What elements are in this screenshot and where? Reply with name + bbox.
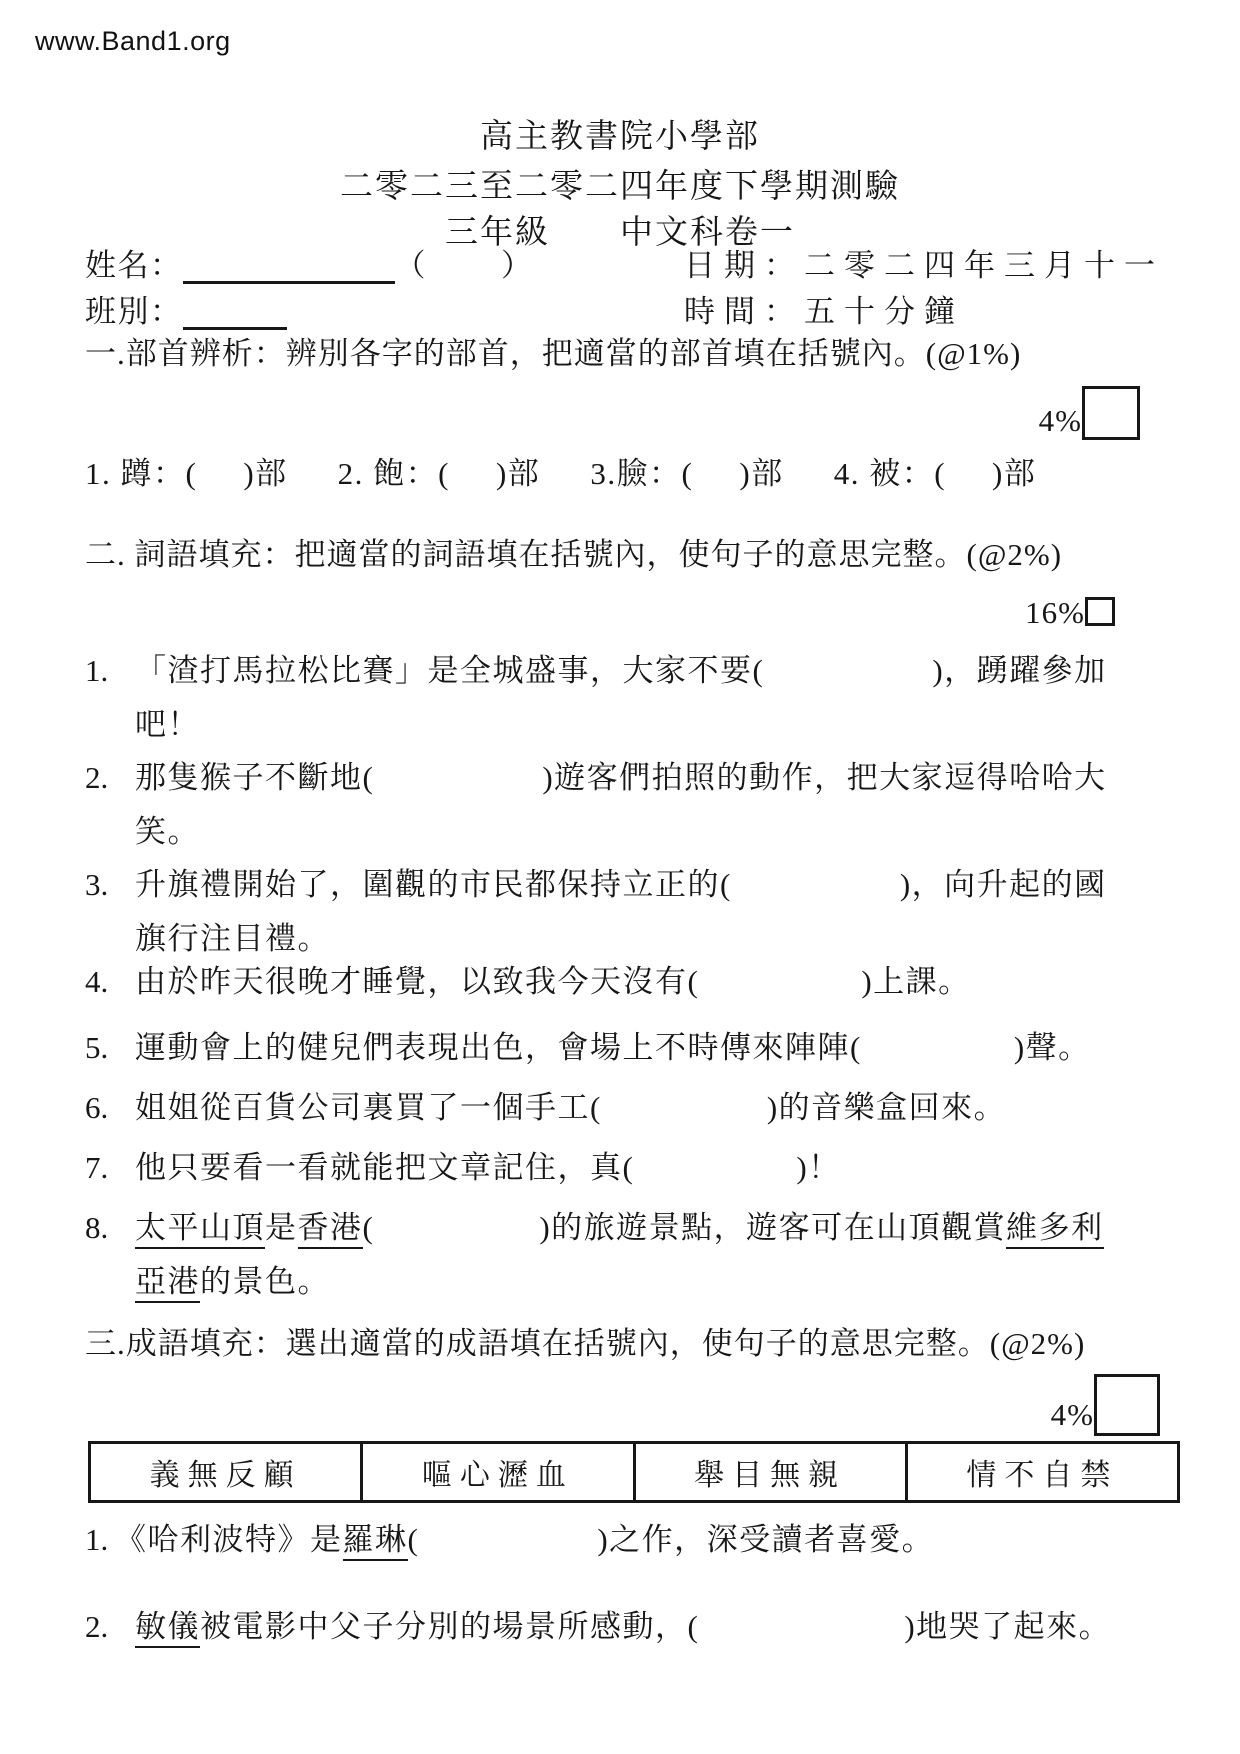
question-body: 「渣打馬拉松比賽」是全城盛事，大家不要()，踴躍參加 吧！ [135, 644, 1200, 752]
question-number: 2. [85, 1600, 135, 1654]
question-row: 6. 姐姐從百貨公司裏買了一個手工()的音樂盒回來。 [85, 1081, 1200, 1135]
question-line: 由於昨天很晚才睡覺，以致我今天沒有()上課。 [135, 955, 1200, 1009]
answer-gap [540, 482, 590, 484]
section1-score-box [1082, 386, 1140, 440]
text-segment: )，向升起的國 [900, 867, 1107, 902]
question-line: 「渣打馬拉松比賽」是全城盛事，大家不要()，踴躍參加 [135, 644, 1200, 698]
question-line: 姐姐從百貨公司裏買了一個手工()的音樂盒回來。 [135, 1081, 1200, 1135]
text-segment: 班別： [85, 294, 183, 329]
term-title: 二零二三至二零二四年度下學期測驗 [0, 168, 1240, 206]
text-segment: 4. 被：( [834, 456, 946, 491]
question-number: 8. [85, 1201, 135, 1309]
question-row: 1. 《哈利波特》是羅琳()之作，深受讀者喜愛。 [85, 1513, 1200, 1567]
text-segment: )的音樂盒回來。 [767, 1090, 1006, 1125]
text-segment: ( [363, 1210, 375, 1245]
text-segment: 3.臉：( [590, 456, 693, 491]
answer-gap [450, 482, 496, 484]
fill-blank-line [183, 297, 287, 330]
question-body: 運動會上的健兒們表現出色，會場上不時傳來陣陣()聲。 [135, 1021, 1200, 1075]
watermark-url: www.Band1.org [35, 26, 231, 57]
text-segment: 的景色。 [200, 1264, 330, 1299]
text-segment: )之作，深受讀者喜愛。 [597, 1522, 934, 1557]
section2-title: 二. 詞語填充：把適當的詞語填在括號內，使句子的意思完整。(@2%) [85, 535, 1062, 575]
question-line: 升旗禮開始了，圍觀的市民都保持立正的()，向升起的國 [135, 858, 1200, 912]
text-segment: 吧！ [135, 707, 200, 742]
test-paper-page: www.Band1.org 高主教書院小學部 二零二三至二零二四年度下學期測驗 … [0, 0, 1240, 1754]
question-body: 他只要看一看就能把文章記住，真()！ [135, 1141, 1200, 1195]
question-number: 1. [85, 1513, 115, 1567]
text-segment: )的旅遊景點，遊客可在山頂觀賞 [539, 1210, 1006, 1245]
underlined-text: 亞港 [135, 1264, 200, 1303]
section1-title: 一.部首辨析：辨別各字的部首，把適當的部首填在括號內。(@1%) [85, 334, 1021, 374]
question-line: 那隻猴子不斷地()遊客們拍照的動作，把大家逗得哈哈大 [135, 751, 1200, 805]
text-segment: )上課。 [861, 964, 970, 999]
question-row: 8. 太平山頂是香港()的旅遊景點，遊客可在山頂觀賞維多利 亞港的景色。 [85, 1201, 1200, 1309]
section3-score: 4% [1051, 1374, 1160, 1436]
section3-score-box [1094, 1374, 1160, 1436]
question-line: 笑。 [135, 805, 1200, 859]
text-segment: 由於昨天很晚才睡覺，以致我今天沒有( [135, 964, 699, 999]
section2-score: 16% [1025, 596, 1115, 630]
text-segment: 升旗禮開始了，圍觀的市民都保持立正的( [135, 867, 732, 902]
question-line: 運動會上的健兒們表現出色，會場上不時傳來陣陣()聲。 [135, 1021, 1200, 1075]
text-segment: )地哭了起來。 [904, 1609, 1111, 1644]
question-number: 6. [85, 1081, 135, 1135]
text-segment: 是 [265, 1210, 298, 1245]
question-line: 他只要看一看就能把文章記住，真()！ [135, 1141, 1200, 1195]
underlined-text: 羅琳 [343, 1522, 408, 1561]
answer-gap [288, 482, 338, 484]
answer-gap [374, 786, 542, 788]
question-row: 1. 「渣打馬拉松比賽」是全城盛事，大家不要()，踴躍參加 吧！ [85, 644, 1200, 752]
text-segment: 運動會上的健兒們表現出色，會場上不時傳來陣陣( [135, 1030, 862, 1065]
question-row: 5. 運動會上的健兒們表現出色，會場上不時傳來陣陣()聲。 [85, 1021, 1200, 1075]
section1-items: 1. 蹲：()部2. 飽：()部3.臉：()部4. 被：()部 [85, 454, 1036, 494]
answer-gap [419, 1548, 597, 1550]
question-body: 《哈利波特》是羅琳()之作，深受讀者喜愛。 [115, 1513, 1200, 1567]
answer-gap [427, 274, 501, 276]
date-field: 日期：二零二四年三月十一 [684, 246, 1164, 286]
idiom-options-table: 義無反顧 嘔心瀝血 舉目無親 情不自禁 [88, 1441, 1180, 1503]
question-body: 姐姐從百貨公司裏買了一個手工()的音樂盒回來。 [135, 1081, 1200, 1135]
text-segment: 笑。 [135, 814, 200, 849]
question-number: 5. [85, 1021, 135, 1075]
question-row: 4. 由於昨天很晚才睡覺，以致我今天沒有()上課。 [85, 955, 1200, 1009]
idiom-option: 義無反顧 [90, 1443, 362, 1502]
section3-score-label: 4% [1051, 1398, 1094, 1432]
text-segment: 那隻猴子不斷地( [135, 760, 374, 795]
text-segment: )部 [992, 456, 1036, 491]
question-number: 2. [85, 751, 135, 859]
section1-score-label: 4% [1039, 404, 1082, 438]
section2-score-box [1085, 597, 1115, 626]
text-segment: )部 [243, 456, 287, 491]
section1-score: 4% [1039, 386, 1140, 440]
answer-gap [197, 482, 243, 484]
question-line: 太平山頂是香港()的旅遊景點，遊客可在山頂觀賞維多利 [135, 1201, 1200, 1255]
text-segment: 2. 飽：( [338, 456, 450, 491]
question-body: 由於昨天很晚才睡覺，以致我今天沒有()上課。 [135, 955, 1200, 1009]
text-segment: )，踴躍參加 [932, 653, 1106, 688]
underlined-text: 維多利 [1006, 1210, 1104, 1249]
question-line: 敏儀被電影中父子分別的場景所感動，()地哭了起來。 [135, 1600, 1200, 1654]
idiom-option: 情不自禁 [906, 1443, 1178, 1502]
underlined-text: 香港 [298, 1210, 363, 1249]
question-row: 3. 升旗禮開始了，圍觀的市民都保持立正的()，向升起的國 旗行注目禮。 [85, 858, 1200, 966]
text-segment: )聲。 [1014, 1030, 1091, 1065]
text-segment: ） [501, 248, 534, 283]
question-body: 升旗禮開始了，圍觀的市民都保持立正的()，向升起的國 旗行注目禮。 [135, 858, 1200, 966]
question-body: 太平山頂是香港()的旅遊景點，遊客可在山頂觀賞維多利 亞港的景色。 [135, 1201, 1200, 1309]
question-line: 亞港的景色。 [135, 1255, 1200, 1309]
question-line: 《哈利波特》是羅琳()之作，深受讀者喜愛。 [115, 1513, 1200, 1567]
text-segment: )！ [796, 1150, 840, 1185]
text-segment: 旗行注目禮。 [135, 921, 330, 956]
answer-gap [732, 893, 900, 895]
question-row: 7. 他只要看一看就能把文章記住，真()！ [85, 1141, 1200, 1195]
fill-blank-line [183, 251, 395, 284]
idiom-option: 嘔心瀝血 [362, 1443, 634, 1502]
text-segment: 被電影中父子分別的場景所感動，( [200, 1609, 699, 1644]
text-segment: )部 [739, 456, 783, 491]
text-segment: ( [408, 1522, 420, 1557]
answer-gap [693, 482, 739, 484]
name-field: 姓名：（） [85, 246, 534, 286]
class-field: 班別： [85, 292, 287, 332]
section3-title: 三.成語填充：選出適當的成語填在括號內，使句子的意思完整。(@2%) [85, 1324, 1085, 1364]
question-number: 4. [85, 955, 135, 1009]
answer-gap [764, 679, 932, 681]
answer-gap [862, 1056, 1014, 1058]
school-name: 高主教書院小學部 [0, 118, 1240, 156]
answer-gap [602, 1116, 767, 1118]
answer-gap [634, 1176, 796, 1178]
text-segment: 「渣打馬拉松比賽」是全城盛事，大家不要( [135, 653, 764, 688]
answer-gap [374, 1236, 539, 1238]
question-number: 3. [85, 858, 135, 966]
question-number: 1. [85, 644, 135, 752]
text-segment: 《哈利波特》是 [115, 1522, 343, 1557]
answer-gap [784, 482, 834, 484]
question-row: 2. 那隻猴子不斷地()遊客們拍照的動作，把大家逗得哈哈大 笑。 [85, 751, 1200, 859]
section2-score-label: 16% [1025, 596, 1085, 630]
question-line: 吧！ [135, 698, 1200, 752]
text-segment: )遊客們拍照的動作，把大家逗得哈哈大 [542, 760, 1106, 795]
question-body: 那隻猴子不斷地()遊客們拍照的動作，把大家逗得哈哈大 笑。 [135, 751, 1200, 859]
time-field: 時間：五十分鐘 [684, 292, 964, 332]
idiom-option: 舉目無親 [634, 1443, 906, 1502]
question-body: 敏儀被電影中父子分別的場景所感動，()地哭了起來。 [135, 1600, 1200, 1654]
answer-gap [946, 482, 992, 484]
idiom-options-row: 義無反顧 嘔心瀝血 舉目無親 情不自禁 [90, 1443, 1179, 1502]
answer-gap [699, 990, 861, 992]
underlined-text: 敏儀 [135, 1609, 200, 1648]
answer-gap [699, 1635, 904, 1637]
text-segment: 1. 蹲：( [85, 456, 197, 491]
question-row: 2. 敏儀被電影中父子分別的場景所感動，()地哭了起來。 [85, 1600, 1200, 1654]
text-segment: 姐姐從百貨公司裏買了一個手工( [135, 1090, 602, 1125]
underlined-text: 太平山頂 [135, 1210, 265, 1249]
text-segment: （ [395, 248, 428, 283]
text-segment: 他只要看一看就能把文章記住，真( [135, 1150, 634, 1185]
text-segment: 姓名： [85, 248, 183, 283]
text-segment: )部 [496, 456, 540, 491]
question-number: 7. [85, 1141, 135, 1195]
